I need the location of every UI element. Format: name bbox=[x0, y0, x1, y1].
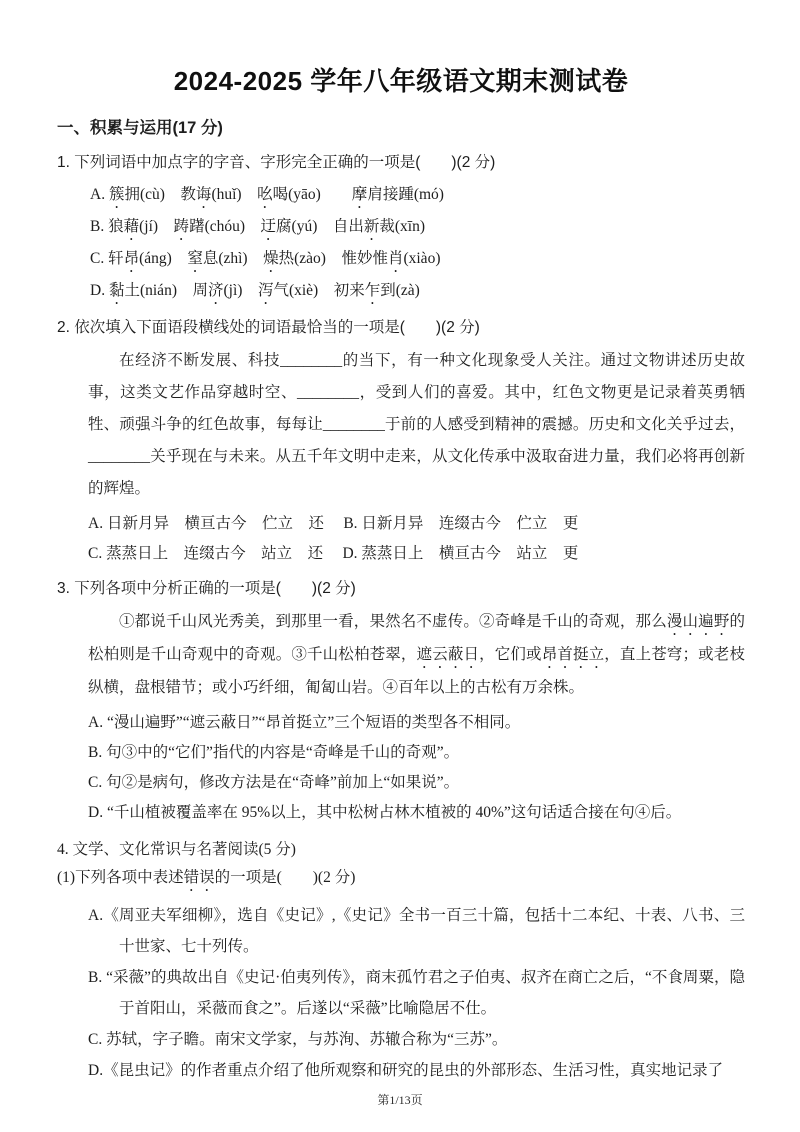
q3-option-c: C. 句②是病句，修改方法是在“奇峰”前加上“如果说”。 bbox=[88, 768, 745, 798]
q3-option-d: D. “千山植被覆盖率在 95%以上，其中松树占林木植被的 40%”这句话适合接… bbox=[88, 798, 745, 828]
question-1: 1. 下列词语中加点字的字音、字形完全正确的一项是( )(2 分) A. 簇拥(… bbox=[57, 150, 745, 308]
q3-options: A. “漫山遍野”“遮云蔽日”“昂首挺立”三个短语的类型各不相同。 B. 句③中… bbox=[88, 708, 745, 828]
q3-stem: 3. 下列各项中分析正确的一项是( )(2 分) bbox=[57, 576, 745, 601]
q1-stem: 1. 下列词语中加点字的字音、字形完全正确的一项是( )(2 分) bbox=[57, 150, 745, 175]
q3-option-b: B. 句③中的“它们”指代的内容是“奇峰是千山的奇观”。 bbox=[88, 738, 745, 768]
exam-page: 2024-2025 学年八年级语文期末测试卷 一、积累与运用(17 分) 1. … bbox=[0, 0, 800, 1132]
section-heading: 一、积累与运用(17 分) bbox=[57, 117, 745, 139]
q4-option-b: B. “采薇”的典故出自《史记·伯夷列传》，商末孤竹君之子伯夷、叔齐在商亡之后，… bbox=[88, 962, 745, 1024]
page-title: 2024-2025 学年八年级语文期末测试卷 bbox=[57, 0, 745, 97]
q4-option-d: D.《昆虫记》的作者重点介绍了他所观察和研究的昆虫的外部形态、生活习性，真实地记… bbox=[88, 1055, 745, 1086]
page-footer: 第1/13页 bbox=[0, 1091, 800, 1108]
q1-option-b: B. 狼藉(jí) 踌躇(chóu) 迂腐(yú) 自出新裁(xīn) bbox=[90, 212, 745, 244]
q4-option-c: C. 苏轼，字子瞻。南宋文学家，与苏洵、苏辙合称为“三苏”。 bbox=[88, 1024, 745, 1055]
q4-option-a: A.《周亚夫军细柳》，选自《史记》,《史记》全书一百三十篇，包括十二本纪、十表、… bbox=[88, 900, 745, 962]
q2-options: A. 日新月异 横亘古今 伫立 还 B. 日新月异 连缀古今 伫立 更 C. 蒸… bbox=[88, 509, 745, 569]
q2-stem: 2. 依次填入下面语段横线处的词语最恰当的一项是( )(2 分) bbox=[57, 315, 745, 340]
q1-option-a: A. 簇拥(cù) 教诲(huǐ) 吆喝(yāo) 摩肩接踵(mó) bbox=[90, 180, 745, 212]
question-4: 4. 文学、文化常识与名著阅读(5 分) (1)下列各项中表述错误的一项是( )… bbox=[57, 837, 745, 1086]
question-3: 3. 下列各项中分析正确的一项是( )(2 分) ①都说千山风光秀美，到那里一看… bbox=[57, 576, 745, 828]
q4-options: A.《周亚夫军细柳》，选自《史记》,《史记》全书一百三十篇，包括十二本纪、十表、… bbox=[88, 900, 745, 1086]
q2-option-row-cd: C. 蒸蒸日上 连缀古今 站立 还 D. 蒸蒸日上 横亘古今 站立 更 bbox=[88, 539, 745, 569]
q4-sub-stem: (1)下列各项中表述错误的一项是( )(2 分) bbox=[57, 865, 745, 895]
q2-passage: 在经济不断发展、科技________的当下，有一种文化现象受人关注。通过文物讲述… bbox=[88, 345, 745, 505]
q3-option-a: A. “漫山遍野”“遮云蔽日”“昂首挺立”三个短语的类型各不相同。 bbox=[88, 708, 745, 738]
q1-option-d: D. 黏土(nián) 周济(jì) 泻气(xiè) 初来乍到(zà) bbox=[90, 276, 745, 308]
q4-heading: 4. 文学、文化常识与名著阅读(5 分) bbox=[57, 837, 745, 862]
q1-option-c: C. 轩昂(áng) 窒息(zhì) 燥热(zào) 惟妙惟肖(xiào) bbox=[90, 244, 745, 276]
q2-option-row-ab: A. 日新月异 横亘古今 伫立 还 B. 日新月异 连缀古今 伫立 更 bbox=[88, 509, 745, 539]
question-2: 2. 依次填入下面语段横线处的词语最恰当的一项是( )(2 分) 在经济不断发展… bbox=[57, 315, 745, 569]
q3-passage: ①都说千山风光秀美，到那里一看，果然名不虚传。②奇峰是千山的奇观，那么漫山遍野的… bbox=[88, 606, 745, 704]
q1-options: A. 簇拥(cù) 教诲(huǐ) 吆喝(yāo) 摩肩接踵(mó) B. 狼藉… bbox=[90, 180, 745, 308]
